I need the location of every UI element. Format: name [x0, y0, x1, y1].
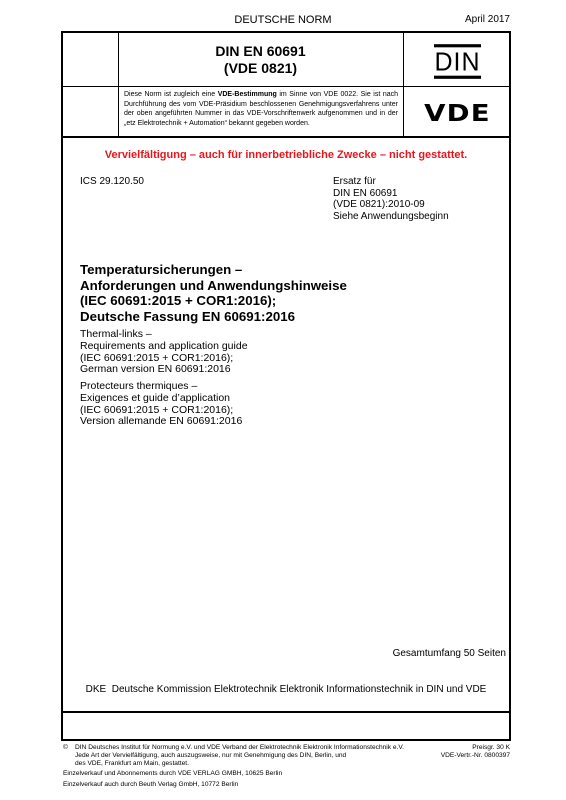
title-line: Deutsche Fassung EN 60691:2016 [80, 309, 347, 325]
vde-note-pre: Diese Norm ist zugleich eine [124, 91, 218, 98]
copyright-line: des VDE, Frankfurt am Main, gestattet. [63, 760, 423, 768]
vde-number: (VDE 0821) [118, 60, 403, 77]
title-line: Temperatursicherungen – [80, 262, 347, 278]
title-french: Protecteurs thermiques – Exigences et gu… [80, 381, 242, 428]
title-line: Requirements and application guide [80, 341, 248, 353]
copyright-line: DIN Deutsches Institut für Normung e.V. … [75, 744, 404, 751]
title-line: Anforderungen und Anwendungshinweise [80, 278, 347, 294]
price-info: Preisgr. 30 K VDE-Vertr.-Nr. 0800397 [441, 744, 510, 760]
title-line: Exigences et guide d’application [80, 393, 242, 405]
committee-name: DKE Deutsche Kommission Elektrotechnik E… [61, 684, 511, 695]
sales-beuth-verlag: Einzelverkauf auch durch Beuth Verlag Gm… [63, 781, 238, 788]
replaces-line: Siehe Anwendungsbeginn [333, 211, 449, 223]
replaces-line: Ersatz für [333, 176, 449, 188]
total-pages: Gesamtumfang 50 Seiten [393, 648, 506, 659]
standard-number: DIN EN 60691 [118, 43, 403, 60]
divider-bottom-row [61, 711, 511, 713]
din-logo: DIN [404, 36, 511, 86]
copy-warning: Vervielfältigung – auch für innerbetrieb… [61, 149, 511, 161]
vde-sales-number: VDE-Vertr.-Nr. 0800397 [441, 752, 510, 760]
sales-vde-verlag: Einzelverkauf und Abonnements durch VDE … [63, 770, 282, 777]
copyright-icon: © [63, 744, 75, 752]
ics-code: ICS 29.120.50 [80, 176, 144, 187]
title-line: Version allemande EN 60691:2016 [80, 416, 242, 428]
copyright-notice: ©DIN Deutsches Institut für Normung e.V.… [63, 744, 423, 768]
vde-note: Diese Norm ist zugleich eine VDE-Bestimm… [124, 90, 398, 128]
replaces-line: DIN EN 60691 [333, 188, 449, 200]
title-line: (IEC 60691:2015 + COR1:2016); [80, 293, 347, 309]
divider-info-row [61, 136, 511, 138]
replaces-block: Ersatz für DIN EN 60691 (VDE 0821):2010-… [333, 176, 449, 222]
price-group: Preisgr. 30 K [441, 744, 510, 752]
publication-date: April 2017 [465, 14, 510, 25]
standard-designation: DIN EN 60691 (VDE 0821) [118, 43, 403, 77]
vde-logo: VDE [393, 99, 521, 129]
copyright-line: Jede Art der Vervielfältigung, auch ausz… [63, 752, 423, 760]
title-german: Temperatursicherungen – Anforderungen un… [80, 262, 347, 324]
replaces-line: (VDE 0821):2010-09 [333, 199, 449, 211]
din-logo-text: DIN [434, 44, 480, 79]
divider-header-row [61, 86, 511, 87]
title-english: Thermal-links – Requirements and applica… [80, 329, 248, 376]
vde-note-bold: VDE-Bestimmung [218, 91, 277, 98]
title-line: German version EN 60691:2016 [80, 364, 248, 376]
